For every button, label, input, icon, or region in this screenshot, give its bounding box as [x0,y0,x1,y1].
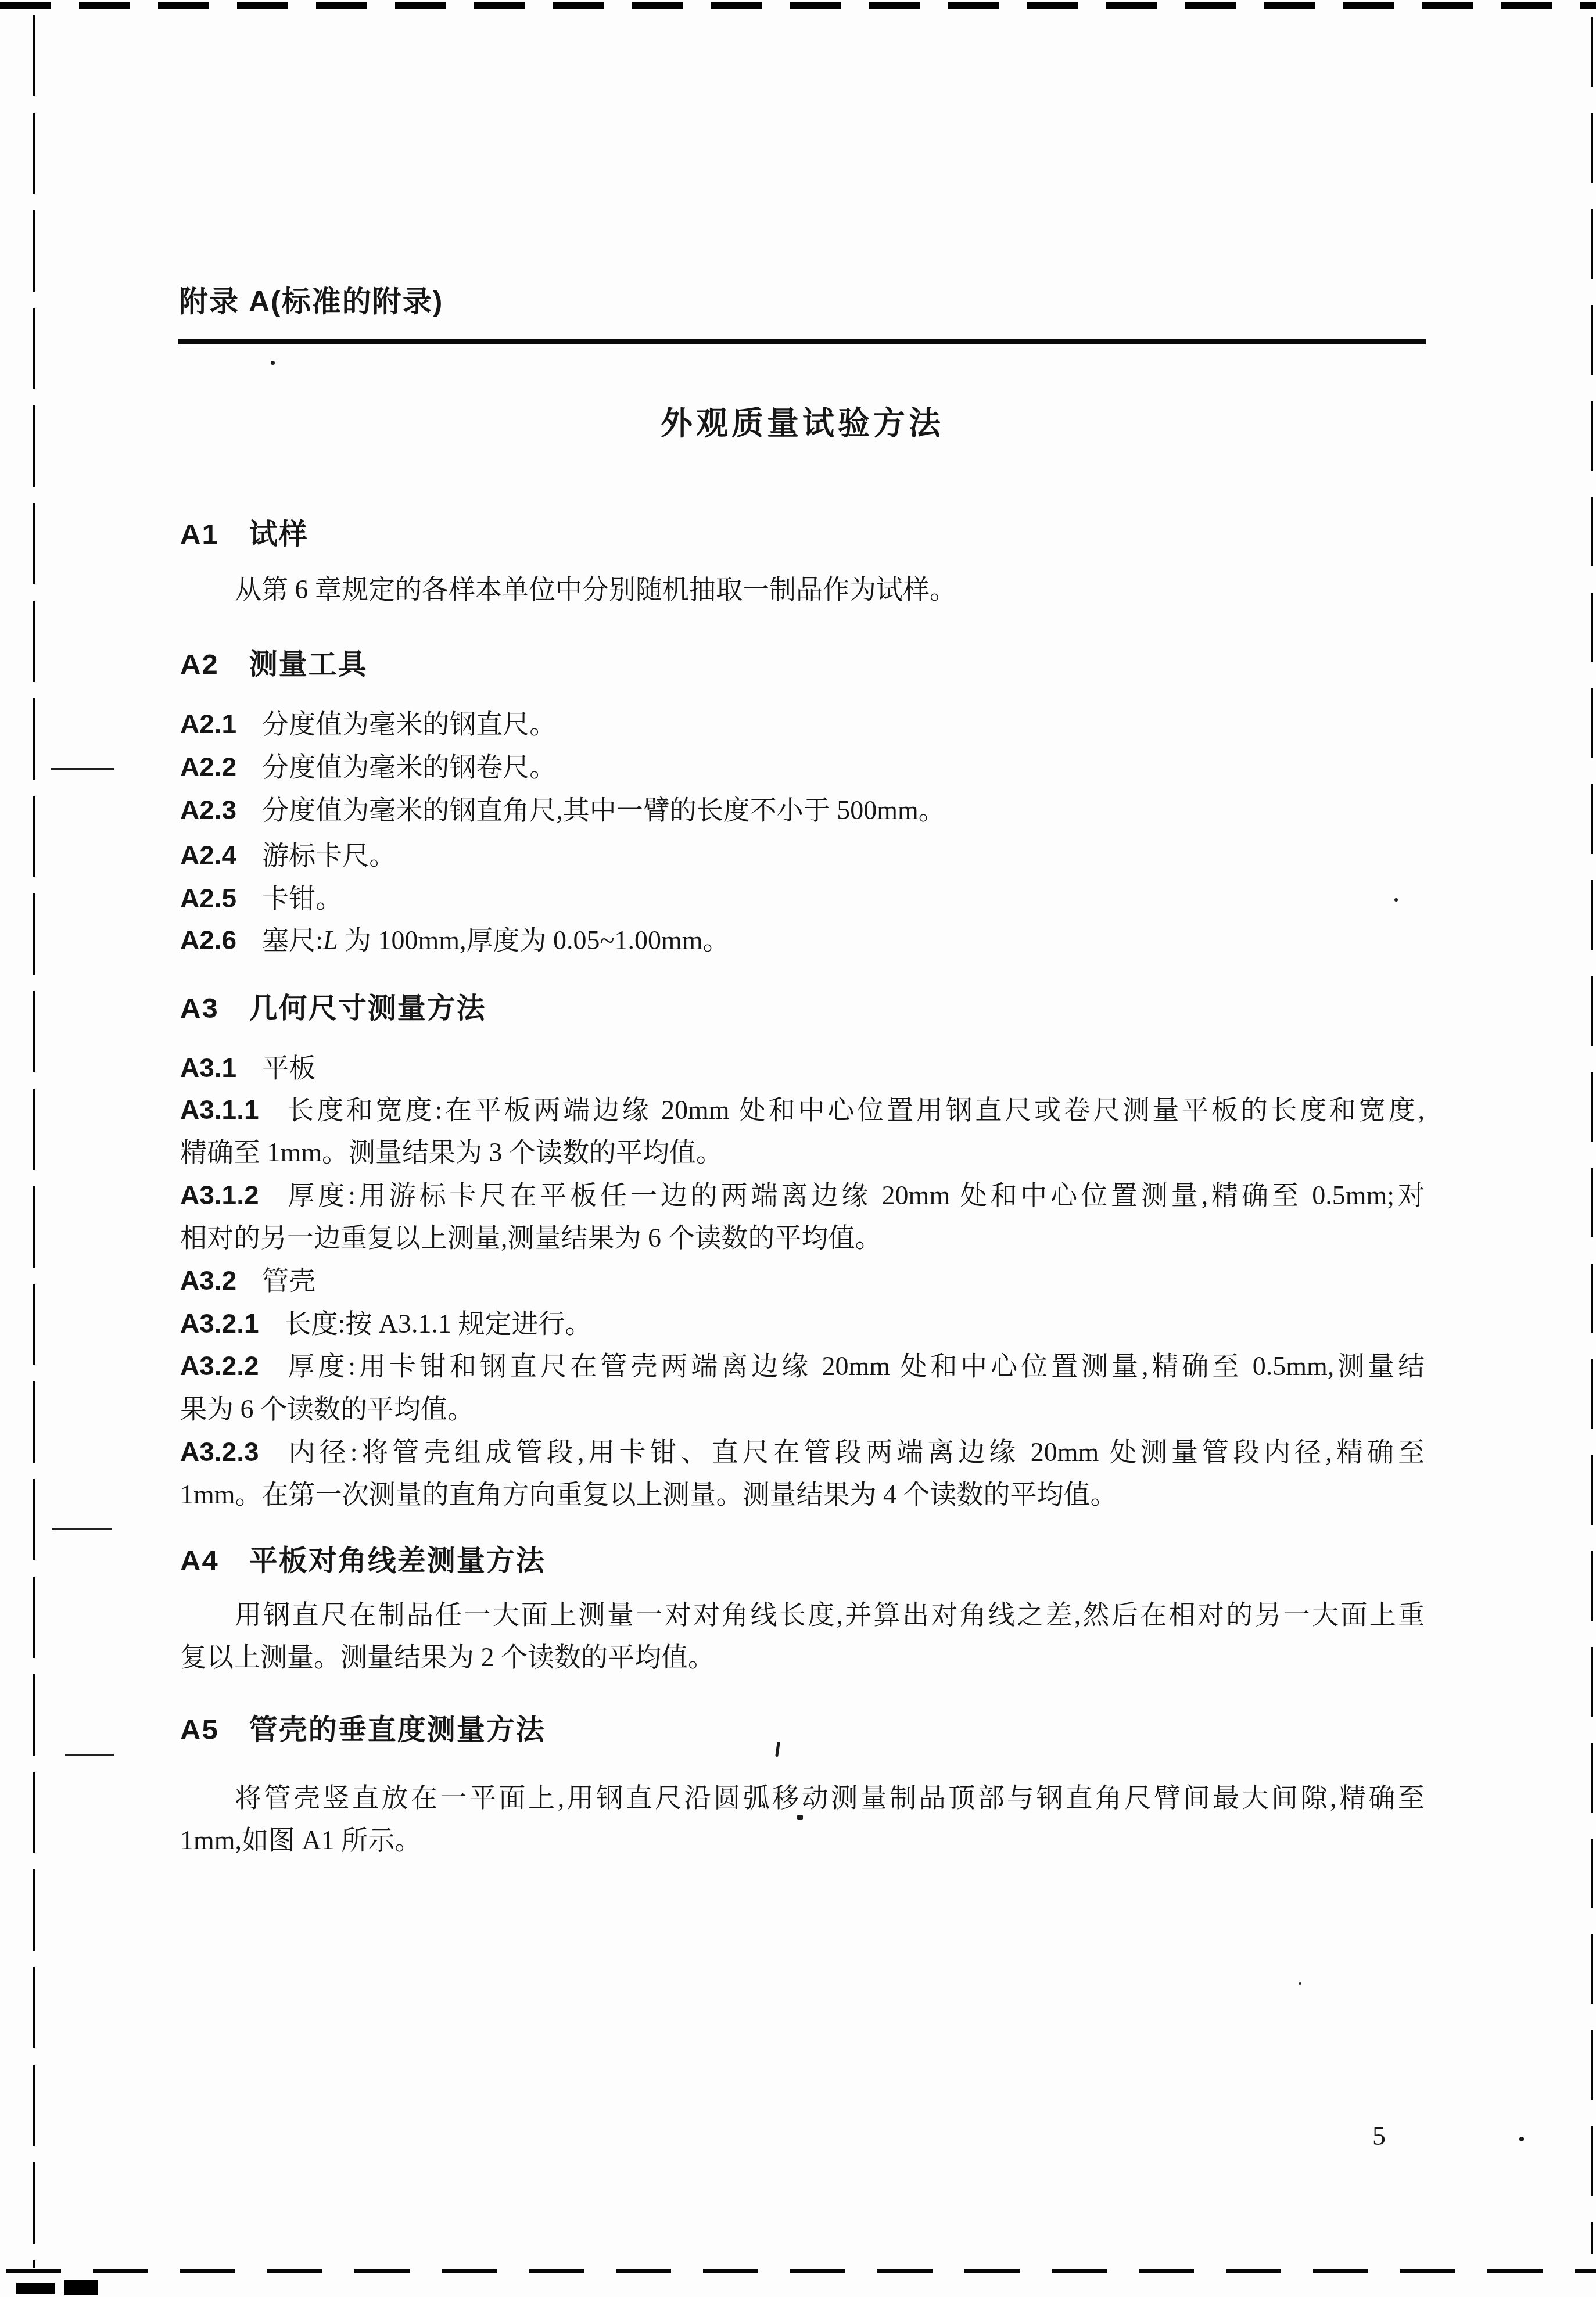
page-number: 5 [1372,2119,1386,2153]
clause-number: A2.6 [180,925,236,955]
clause-number: A2.5 [180,883,236,913]
clause-number: A3.1.2 [180,1180,259,1210]
clause-text: 长度和宽度:在平板两端边缘 20mm 处和中心位置用钢直尺或卷尺测量平板的长度和… [285,1095,1425,1125]
clause-text: 塞尺: [262,925,323,955]
clause-a3-1-2-line2: 相对的另一边重复以上测量,测量结果为 6 个读数的平均值。 [180,1221,1425,1255]
clause-a3-2-1: A3.2.1长度:按 A3.1.1 规定进行。 [180,1307,1425,1341]
scan-speck [1299,1982,1301,1985]
section-number: A3 [180,993,219,1024]
clause-a3-2-2-line2: 果为 6 个读数的平均值。 [180,1392,1425,1426]
margin-tick-mark [52,1528,112,1530]
clause-text: 厚度:用卡钳和钢直尺在管壳两端离边缘 20mm 处和中心位置测量,精确至 0.5… [285,1351,1425,1381]
clause-number: A2.3 [180,795,236,825]
clause-a2-4: A2.4游标卡尺。 [180,839,1425,873]
clause-a3-1-1-line1: A3.1.1长度和宽度:在平板两端边缘 20mm 处和中心位置用钢直尺或卷尺测量… [180,1093,1425,1127]
clause-number: A2.1 [180,709,236,739]
clause-text: 卡钳。 [262,884,342,913]
clause-text: 分度值为毫米的钢卷尺。 [262,752,556,782]
scan-speck [271,361,275,365]
section-title: 管壳的垂直度测量方法 [249,1714,546,1746]
paragraph-a1: 从第 6 章规定的各样本单位中分别随机抽取一制品作为试样。 [180,573,1425,606]
header-rule [178,339,1426,344]
section-title: 平板对角线差测量方法 [249,1545,546,1577]
clause-a2-3: A2.3分度值为毫米的钢直角尺,其中一臂的长度不小于 500mm。 [180,794,1425,827]
clause-number: A3.1 [180,1053,236,1083]
scan-right-edge-artifact [1591,17,1593,2254]
clause-text: 长度:按 A3.1.1 规定进行。 [285,1309,592,1338]
section-title: 几何尺寸测量方法 [249,993,486,1024]
paragraph-a4-line2: 复以上测量。测量结果为 2 个读数的平均值。 [180,1641,1425,1674]
clause-number: A3.2 [180,1265,236,1295]
section-a3-heading: A3几何尺寸测量方法 [180,991,486,1027]
clause-text: 内径:将管壳组成管段,用卡钳、直尺在管段两端离边缘 20mm 处测量管段内径,精… [285,1437,1425,1467]
clause-a3-1-1-line2: 精确至 1mm。测量结果为 3 个读数的平均值。 [180,1136,1425,1169]
scan-speck [1519,2137,1524,2141]
clause-text: 厚度:用游标卡尺在平板任一边的两端离边缘 20mm 处和中心位置测量,精确至 0… [285,1180,1425,1210]
scan-corner-blot [64,2280,98,2295]
paragraph-a5-line2: 1mm,如图 A1 所示。 [180,1824,1425,1857]
clause-text: 游标卡尺。 [262,841,396,870]
clause-text: 分度值为毫米的钢直尺。 [262,709,556,739]
scan-speck [797,1815,803,1820]
scan-bottom-edge-artifact [6,2269,1596,2273]
clause-text: 管壳 [262,1266,315,1295]
clause-text: 平板 [262,1053,315,1083]
clause-a3-2-3-line2: 1mm。在第一次测量的直角方向重复以上测量。测量结果为 4 个读数的平均值。 [180,1478,1425,1512]
section-number: A4 [180,1545,219,1577]
clause-number: A2.2 [180,752,236,782]
scan-speck [775,1742,780,1757]
subclause-a3-1: A3.1平板 [180,1051,1425,1085]
section-title: 试样 [249,519,309,550]
scan-top-edge-artifact [0,2,1596,9]
section-number: A1 [180,519,219,550]
clause-number: A2.4 [180,840,236,870]
clause-number: A3.2.2 [180,1351,259,1381]
section-number: A2 [180,649,219,680]
section-a1-heading: A1试样 [180,517,309,552]
section-a4-heading: A4平板对角线差测量方法 [180,1544,546,1579]
clause-a3-1-2-line1: A3.1.2厚度:用游标卡尺在平板任一边的两端离边缘 20mm 处和中心位置测量… [180,1179,1425,1212]
variable-L: L [323,925,338,955]
margin-tick-mark [51,768,114,770]
clause-a2-2: A2.2分度值为毫米的钢卷尺。 [180,751,1425,784]
clause-a2-5: A2.5卡钳。 [180,882,1425,916]
clause-a3-2-3-line1: A3.2.3内径:将管壳组成管段,用卡钳、直尺在管段两端离边缘 20mm 处测量… [180,1435,1425,1469]
clause-number: A3.2.1 [180,1308,259,1338]
section-number: A5 [180,1714,219,1746]
section-a5-heading: A5管壳的垂直度测量方法 [180,1713,546,1748]
clause-text: 分度值为毫米的钢直角尺,其中一臂的长度不小于 500mm。 [262,795,945,825]
paragraph-a4-line1: 用钢直尺在制品任一大面上测量一对对角线长度,并算出对角线之差,然后在相对的另一大… [180,1598,1425,1632]
clause-text: 为 100mm,厚度为 0.05~1.00mm。 [338,925,730,955]
scan-left-edge-artifact [33,15,35,2268]
scan-corner-blot [16,2283,55,2294]
clause-a2-1: A2.1分度值为毫米的钢直尺。 [180,708,1425,741]
section-title: 测量工具 [249,649,368,680]
clause-a2-6: A2.6塞尺:L 为 100mm,厚度为 0.05~1.00mm。 [180,924,1425,957]
scanned-document-page: 附录 A(标准的附录) 外观质量试验方法 A1试样 从第 6 章规定的各样本单位… [0,0,1596,2297]
clause-a3-2-2-line1: A3.2.2厚度:用卡钳和钢直尺在管壳两端离边缘 20mm 处和中心位置测量,精… [180,1350,1425,1383]
subclause-a3-2: A3.2管壳 [180,1264,1425,1298]
paragraph-a5-line1: 将管壳竖直放在一平面上,用钢直尺沿圆弧移动测量制品顶部与钢直角尺臂间最大间隙,精… [180,1781,1425,1815]
section-a2-heading: A2测量工具 [180,647,368,683]
appendix-header: 附录 A(标准的附录) [179,283,443,320]
margin-tick-mark [65,1754,114,1756]
clause-number: A3.1.1 [180,1094,259,1125]
page-title: 外观质量试验方法 [180,403,1425,443]
clause-number: A3.2.3 [180,1437,259,1467]
